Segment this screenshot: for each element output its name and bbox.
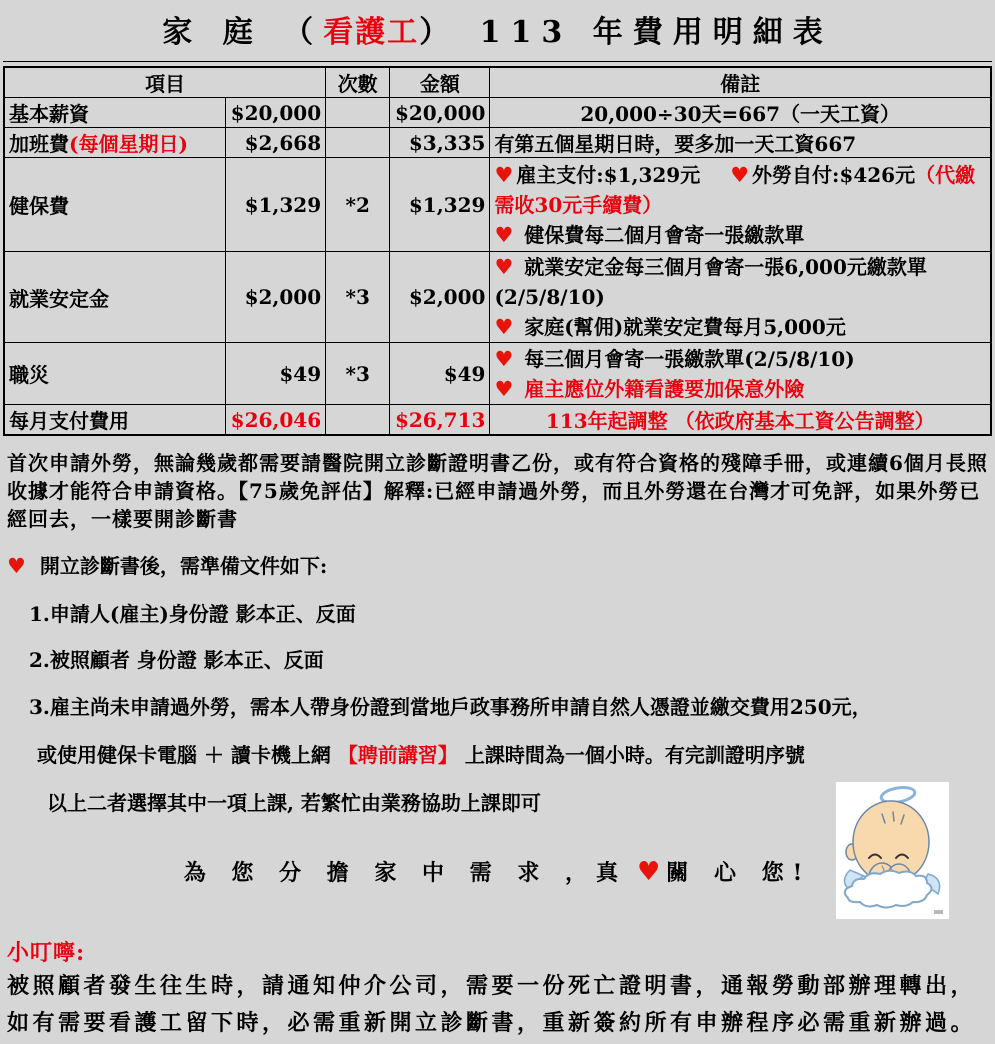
row-name: 健保費 <box>4 158 225 252</box>
document-item-1: 1.申請人(雇主)身份證 影本正、反面 <box>7 601 988 628</box>
note-line: ♥雇主支付:$1,329元♥外勞自付:$426元（代繳 <box>494 160 986 190</box>
row-times <box>326 128 390 158</box>
fee-table: 項目 次數 金額 備註 基本薪資 $20,000 $20,000 20,000÷… <box>3 66 992 436</box>
doc3b-text-after: 上課時間為一個小時。有完訓證明序號 <box>458 743 805 767</box>
document-item-2: 2.被照顧者 身份證 影本正、反面 <box>7 647 988 674</box>
table-row-occupational-injury: 職災 $49 *3 $49 ♥每三個月會寄一張繳款單(2/5/8/10) ♥雇主… <box>4 343 991 405</box>
row-note: 113年起調整 （依政府基本工資公告調整） <box>490 405 991 436</box>
header-times: 次數 <box>326 67 390 98</box>
row-times <box>326 405 390 436</box>
row-total-amount: $1,329 <box>390 158 490 252</box>
row-name: 加班費(每個星期日) <box>4 128 225 158</box>
row-note: 有第五個星期日時，要多加一天工資667 <box>490 128 991 158</box>
table-row-employment-stability-fee: 就業安定金 $2,000 *3 $2,000 ♥就業安定金每三個月會寄一張6,0… <box>4 252 991 343</box>
header-amount: 金額 <box>390 67 490 98</box>
row-unit-amount: $26,046 <box>225 405 325 436</box>
overtime-name-note: (每個星期日) <box>69 132 188 156</box>
row-note: ♥每三個月會寄一張繳款單(2/5/8/10) ♥雇主應位外籍看護要加保意外險 <box>490 343 991 405</box>
note-line: 需收30元手續費） <box>494 190 986 220</box>
row-unit-amount: $1,329 <box>225 158 325 252</box>
top-rule <box>3 61 992 62</box>
document-page: 家 庭 （看護工） 113 年費用明細表 項目 次數 金額 備註 基本薪資 $2… <box>0 0 995 1044</box>
note-text: 雇主支付:$1,329元 <box>516 163 700 187</box>
note-line: ♥每三個月會寄一張繳款單(2/5/8/10) <box>494 344 986 374</box>
reminder-line-2: 如有需要看護工留下時，必需重新開立診斷書，重新簽約所有申辦程序必需重新辦過。 <box>7 1005 988 1042</box>
overtime-name: 加班費 <box>9 132 69 156</box>
note-line: (2/5/8/10) <box>494 282 986 312</box>
slogan-text: 為 您 分 擔 家 中 需 求 ，真 <box>184 860 627 886</box>
row-total-amount: $20,000 <box>390 98 490 128</box>
table-row-health-insurance: 健保費 $1,329 *2 $1,329 ♥雇主支付:$1,329元♥外勞自付:… <box>4 158 991 252</box>
row-total-amount: $2,000 <box>390 252 490 343</box>
row-name: 基本薪資 <box>4 98 225 128</box>
note-text-red: （代繳 <box>915 163 975 187</box>
body-content: 首次申請外勞，無論幾歲都需要請醫院開立診斷證明書乙份，或有符合資格的殘障手冊，或… <box>0 449 995 1042</box>
reminder-line-1: 被照顧者發生往生時，請通知仲介公司，需要一份死亡證明書，通報勞動部辦理轉出， <box>7 968 988 1005</box>
slogan-text-after: 關 心 您! <box>666 860 811 886</box>
header-item: 項目 <box>4 67 326 98</box>
row-name: 就業安定金 <box>4 252 225 343</box>
heart-icon: ♥ <box>494 376 513 401</box>
note-line: ♥就業安定金每三個月會寄一張6,000元繳款單 <box>494 252 986 282</box>
heart-icon: ♥ <box>637 857 660 887</box>
title-part2: ） 113 年費用明細表 <box>419 15 833 50</box>
heart-icon: ♥ <box>494 162 513 187</box>
title-part1: 家 庭 （ <box>162 15 323 50</box>
row-times <box>326 98 390 128</box>
note-line: ♥家庭(幫佣)就業安定費每月5,000元 <box>494 312 986 342</box>
note-text: 健保費每二個月會寄一張繳款單 <box>524 223 804 247</box>
row-total-amount: $49 <box>390 343 490 405</box>
doc3b-text: 或使用健保卡電腦 ＋ 讀卡機上網 <box>37 743 338 767</box>
row-unit-amount: $2,668 <box>225 128 325 158</box>
note-text: 每三個月會寄一張繳款單(2/5/8/10) <box>524 347 854 371</box>
document-item-3: 3.雇主尚未申請過外勞，需本人帶身份證到當地戶政事務所申請自然人憑證並繳交費用2… <box>7 694 988 721</box>
heart-icon: ♥ <box>494 314 513 339</box>
documents-header-text: 開立診斷書後，需準備文件如下: <box>40 554 327 578</box>
note-text-red: 需收30元手續費） <box>494 193 662 217</box>
table-header-row: 項目 次數 金額 備註 <box>4 67 991 98</box>
table-row-basic-salary: 基本薪資 $20,000 $20,000 20,000÷30天=667（一天工資… <box>4 98 991 128</box>
intro-paragraph: 首次申請外勞，無論幾歲都需要請醫院開立診斷證明書乙份，或有符合資格的殘障手冊，或… <box>7 449 988 533</box>
title-highlight: 看護工 <box>323 15 419 50</box>
row-total-amount: $3,335 <box>390 128 490 158</box>
baby-angel-image <box>836 782 949 919</box>
note-text: 家庭(幫佣)就業安定費每月5,000元 <box>524 315 846 339</box>
row-name: 職災 <box>4 343 225 405</box>
documents-header: ♥開立診斷書後，需準備文件如下: <box>7 552 988 580</box>
header-note: 備註 <box>490 67 991 98</box>
heart-icon: ♥ <box>7 553 26 578</box>
table-row-overtime: 加班費(每個星期日) $2,668 $3,335 有第五個星期日時，要多加一天工… <box>4 128 991 158</box>
note-text: 就業安定金每三個月會寄一張6,000元繳款單 <box>524 255 927 279</box>
heart-icon: ♥ <box>494 346 513 371</box>
note-text-red: 雇主應位外籍看護要加保意外險 <box>524 377 804 401</box>
heart-icon: ♥ <box>730 162 749 187</box>
row-times: *2 <box>326 158 390 252</box>
row-unit-amount: $49 <box>225 343 325 405</box>
row-total-amount: $26,713 <box>390 405 490 436</box>
note-text: (2/5/8/10) <box>494 285 604 309</box>
document-item-3-continued: 或使用健保卡電腦 ＋ 讀卡機上網 【聘前講習】 上課時間為一個小時。有完訓證明序… <box>7 742 988 769</box>
row-name: 每月支付費用 <box>4 405 225 436</box>
row-note: ♥雇主支付:$1,329元♥外勞自付:$426元（代繳 需收30元手續費） ♥健… <box>490 158 991 252</box>
note-line: ♥雇主應位外籍看護要加保意外險 <box>494 374 986 404</box>
row-note: ♥就業安定金每三個月會寄一張6,000元繳款單 (2/5/8/10) ♥家庭(幫… <box>490 252 991 343</box>
row-unit-amount: $20,000 <box>225 98 325 128</box>
row-note: 20,000÷30天=667（一天工資） <box>490 98 991 128</box>
row-unit-amount: $2,000 <box>225 252 325 343</box>
reminder-title: 小叮嚀: <box>7 938 988 968</box>
page-title: 家 庭 （看護工） 113 年費用明細表 <box>0 0 995 53</box>
heart-icon: ♥ <box>494 254 513 279</box>
row-times: *3 <box>326 252 390 343</box>
baby-angel-svg <box>836 782 949 919</box>
note-line: ♥健保費每二個月會寄一張繳款單 <box>494 220 986 250</box>
doc3b-highlight: 【聘前講習】 <box>338 743 458 767</box>
table-row-monthly-total: 每月支付費用 $26,046 $26,713 113年起調整 （依政府基本工資公… <box>4 405 991 436</box>
heart-icon: ♥ <box>494 222 513 247</box>
row-times: *3 <box>326 343 390 405</box>
note-text: 外勞自付:$426元 <box>752 163 915 187</box>
